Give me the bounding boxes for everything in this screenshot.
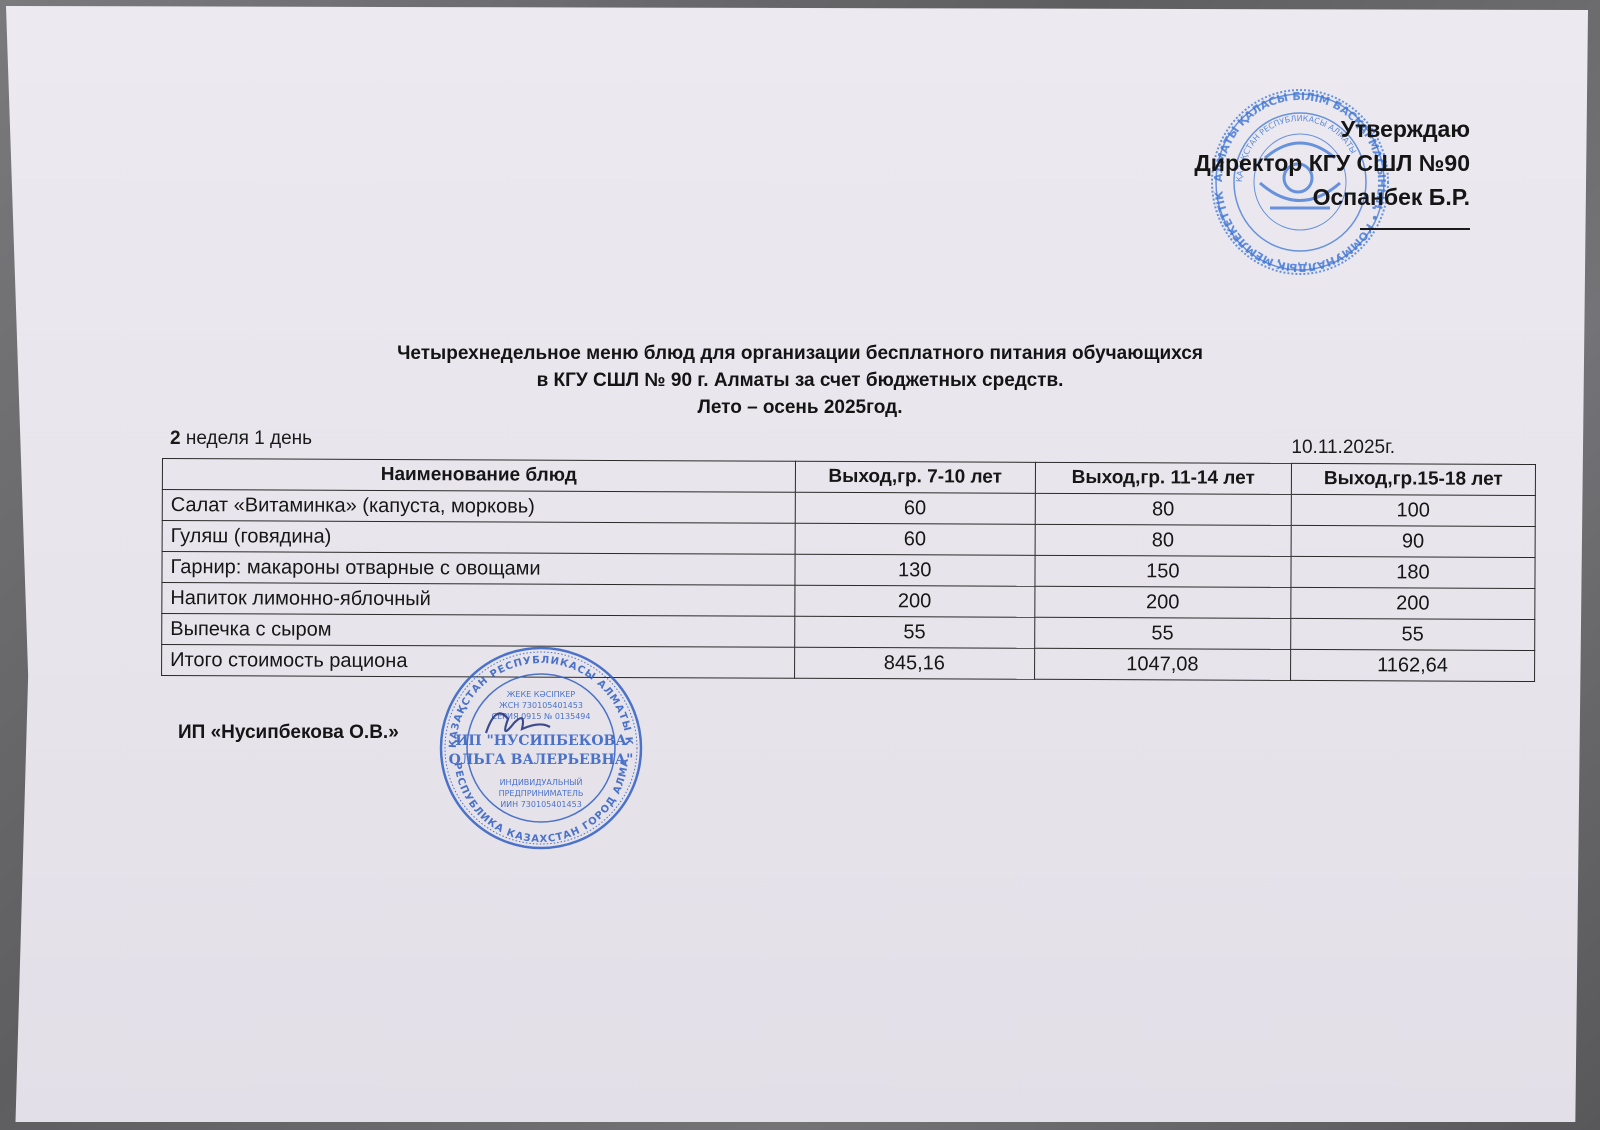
approval-heading: Утверждаю <box>1194 112 1470 146</box>
total-cost-7-10: 845,16 <box>794 647 1034 679</box>
supplier-name: ИП «Нусипбекова О.В.» <box>178 722 399 744</box>
ip-seal-name-1: ИП "НУСИПБЕКОВА <box>455 733 627 749</box>
title-line-1: Четырехнедельное меню блюд для организац… <box>0 340 1600 367</box>
yield-11-14: 150 <box>1035 555 1291 587</box>
menu-date: 10.11.2025г. <box>1291 437 1395 459</box>
week-day-label: 2 неделя 1 день <box>170 428 312 450</box>
ip-seal-line-1: ЖЕКЕ КӘСІПКЕР <box>507 690 576 699</box>
yield-11-14: 80 <box>1035 493 1291 525</box>
yield-15-18: 55 <box>1291 618 1535 650</box>
title-line-2: в КГУ СШЛ № 90 г. Алматы за счет бюджетн… <box>0 367 1600 394</box>
yield-7-10: 60 <box>795 523 1035 555</box>
ip-seal-line-5: ПРЕДПРИНИМАТЕЛЬ <box>499 789 584 798</box>
week-day-text: неделя 1 день <box>186 428 312 449</box>
week-number: 2 <box>170 428 181 449</box>
yield-11-14: 80 <box>1035 524 1291 556</box>
ip-seal-line-4: ИНДИВИДУАЛЬНЫЙ <box>500 776 583 787</box>
yield-15-18: 200 <box>1291 587 1535 619</box>
dish-name: Гуляш (говядина) <box>162 521 795 555</box>
yield-11-14: 200 <box>1035 586 1291 618</box>
yield-7-10: 55 <box>794 616 1034 648</box>
dish-name: Гарнир: макароны отварные с овощами <box>162 552 795 586</box>
approval-position: Директор КГУ СШЛ №90 <box>1194 146 1470 180</box>
yield-7-10: 200 <box>795 585 1035 617</box>
document-title: Четырехнедельное меню блюд для организац… <box>0 340 1600 421</box>
total-cost-11-14: 1047,08 <box>1034 648 1290 680</box>
yield-15-18: 100 <box>1291 494 1535 526</box>
table-row-total: Итого стоимость рациона 845,16 1047,08 1… <box>162 645 1535 682</box>
entrepreneur-seal-icon: ҚАЗАҚСТАН РЕСПУБЛИКАСЫ АЛМАТЫ ҚАЛАСЫ РЕС… <box>438 645 644 851</box>
dish-name: Напиток лимонно-яблочный <box>162 583 795 617</box>
header-yield-7-10: Выход,гр. 7-10 лет <box>795 461 1035 493</box>
yield-7-10: 130 <box>795 554 1035 586</box>
approval-name: Оспанбек Б.Р. <box>1194 180 1470 214</box>
dish-name: Выпечка с сыром <box>162 614 795 648</box>
yield-11-14: 55 <box>1034 617 1290 649</box>
approval-block: Утверждаю Директор КГУ СШЛ №90 Оспанбек … <box>1194 112 1470 230</box>
ip-seal-line-6: ИИН 730105401453 <box>500 800 582 809</box>
header-yield-11-14: Выход,гр. 11-14 лет <box>1035 462 1291 494</box>
menu-table: Наименование блюд Выход,гр. 7-10 лет Вых… <box>161 458 1536 682</box>
title-line-3: Лето – осень 2025год. <box>0 394 1600 421</box>
total-cost-15-18: 1162,64 <box>1290 649 1534 681</box>
header-yield-15-18: Выход,гр.15-18 лет <box>1291 463 1535 495</box>
yield-15-18: 90 <box>1291 525 1535 557</box>
ip-seal-line-2: ЖСН 730105401453 <box>499 701 583 710</box>
yield-15-18: 180 <box>1291 556 1535 588</box>
dish-name: Салат «Витаминка» (капуста, морковь) <box>162 490 795 524</box>
header-dish-name: Наименование блюд <box>162 459 795 493</box>
yield-7-10: 60 <box>795 492 1035 524</box>
signature-line <box>1360 214 1470 230</box>
ip-seal-name-2: ОЛЬГА ВАЛЕРЬЕВНА" <box>449 752 634 768</box>
